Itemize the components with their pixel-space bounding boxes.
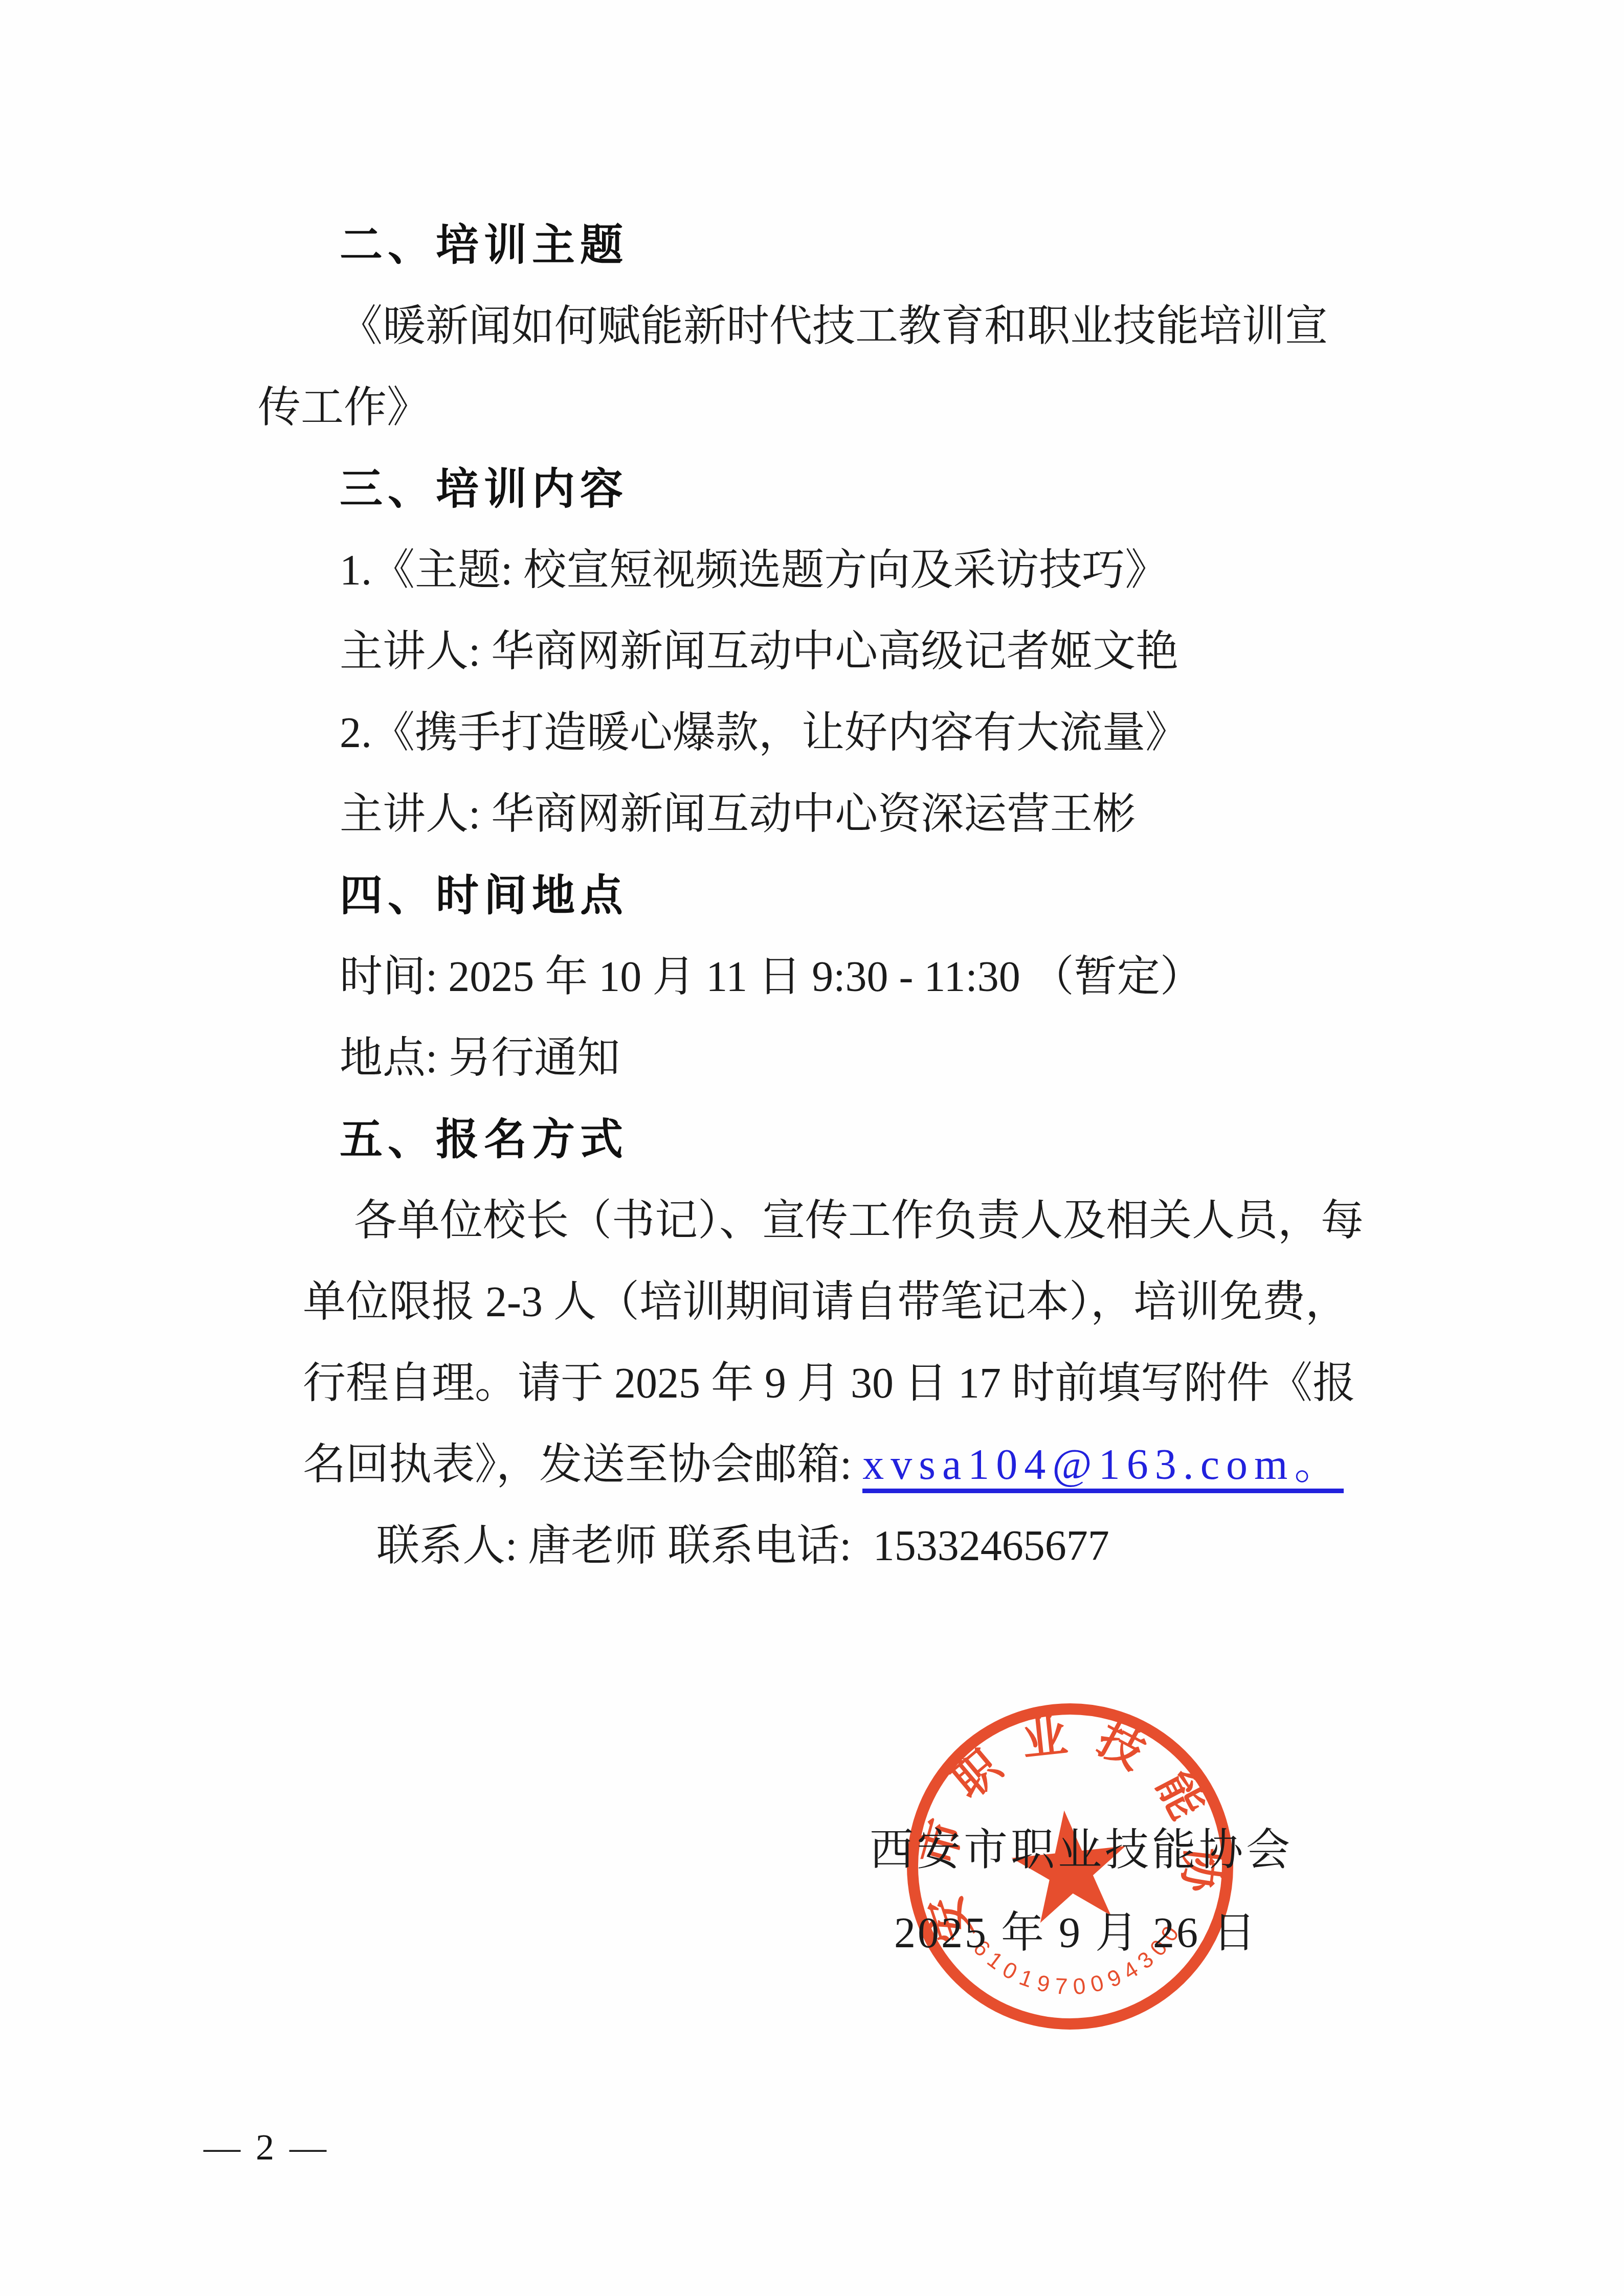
- time-line: 时间: 2025 年 10 月 11 日 9:30 - 11:30 （暂定）: [256, 936, 1494, 1018]
- course-2-title: 2.《携手打造暖心爆款，让好内容有大流量》: [256, 692, 1494, 774]
- contact-line: 联系人: 唐老师 联系电话: 15332465677: [256, 1505, 1494, 1587]
- course-1-speaker: 主讲人: 华商网新闻互动中心高级记者姬文艳: [256, 611, 1494, 692]
- document-body: 二、培训主题 《暖新闻如何赋能新时代技工教育和职业技能培训宣 传工作》 三、培训…: [256, 205, 1494, 1587]
- course-1-title: 1.《主题: 校宣短视频选题方向及采访技巧》: [256, 530, 1494, 611]
- page-number: — 2 —: [204, 2126, 329, 2169]
- association-email-link[interactable]: xvsa104@163.com。: [862, 1441, 1344, 1493]
- email-line-prefix: 名回执表》，发送至协会邮箱:: [303, 1441, 862, 1489]
- registration-line-1: 各单位校长（书记）、宣传工作负责人及相关人员，每: [256, 1180, 1494, 1262]
- heading-registration: 五、报名方式: [256, 1099, 1494, 1180]
- place-line: 地点: 另行通知: [256, 1018, 1494, 1099]
- registration-line-2: 单位限报 2-3 人（培训期间请自带笔记本），培训免费，: [256, 1262, 1494, 1343]
- signature-date: 2025 年 9 月 26 日: [894, 1898, 1258, 1960]
- heading-training-topic: 二、培训主题: [256, 205, 1494, 286]
- training-topic-line-2: 传工作》: [256, 367, 1494, 448]
- signature-organization: 西安市职业技能协会: [870, 1814, 1293, 1878]
- course-2-speaker: 主讲人: 华商网新闻互动中心资深运营王彬: [256, 774, 1494, 855]
- document-page: 二、培训主题 《暖新闻如何赋能新时代技工教育和职业技能培训宣 传工作》 三、培训…: [0, 0, 1624, 2296]
- registration-line-3: 行程自理。请于 2025 年 9 月 30 日 17 时前填写附件《报: [256, 1343, 1494, 1424]
- registration-line-4: 名回执表》，发送至协会邮箱: xvsa104@163.com。: [256, 1424, 1494, 1505]
- training-topic-line-1: 《暖新闻如何赋能新时代技工教育和职业技能培训宣: [256, 286, 1494, 367]
- heading-time-place: 四、时间地点: [256, 855, 1494, 936]
- heading-training-content: 三、培训内容: [256, 448, 1494, 530]
